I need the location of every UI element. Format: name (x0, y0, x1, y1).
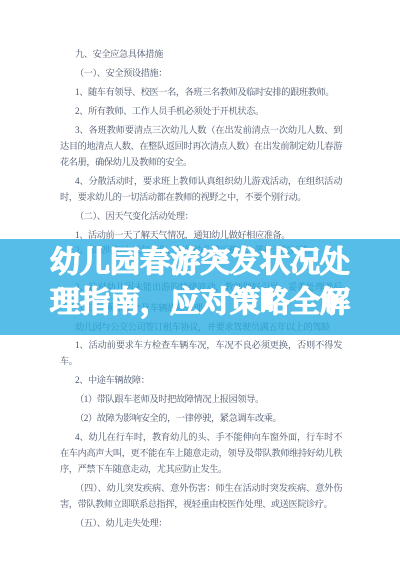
document-body-lower: 1、活动前要求车方检查车辆车况，车况不良必须更换，否则不得发车。 2、中途车辆故… (0, 337, 400, 534)
doc-paragraph: 4、分散活动时，要求班上教师认真组织幼儿游戏活动，在组织活动时，要求幼儿的一切活… (60, 173, 342, 205)
document-body-upper: 九、安全应急具体措施 （一）、安全预设措施： 1、随车有领导、校医一名，各班三名… (0, 46, 400, 246)
doc-heading: 九、安全应急具体措施 (60, 46, 342, 62)
doc-paragraph: （1）带队跟车老师及时把故障情况上报园领导。 (60, 391, 342, 407)
banner-title-line2: 理指南，应对策略全解 (0, 285, 400, 321)
doc-subheading: （二）、因天气变化活动处理： (60, 208, 342, 224)
doc-paragraph: 1、随车有领导、校医一名，各班三名教师及临时安排的跟班教师。 (60, 84, 342, 100)
doc-paragraph: 2、所有教师、工作人员手机必须处于开机状态。 (60, 103, 342, 119)
doc-paragraph: （2）故障为影响安全的，一律停驶，紧急调车改乘。 (60, 410, 342, 426)
doc-paragraph: （四）、幼儿突发疾病、意外伤害：师生在活动时突发疾病、意外伤害，带队教师立即联系… (60, 480, 342, 512)
doc-subheading: （五）、幼儿走失处理： (60, 515, 342, 531)
doc-subheading: （一）、安全预设措施： (60, 65, 342, 81)
doc-paragraph-behind-banner: 幼儿园与公交公司签订租车协议，并要求驾驶员满五年以上的驾龄 (60, 320, 342, 334)
banner-overlay: 2、如短时间内天气变化，组织幼儿就近避雨，等待天气好转。 3、针对幼儿因未能出游… (0, 239, 400, 335)
banner-title-line1: 幼儿园春游突发状况处 (0, 245, 400, 281)
document-page: { "banner": { "title_line1": "幼儿园春游突发状况处… (0, 0, 400, 566)
doc-paragraph: 4、幼儿在行车时，教育幼儿的头、手不能伸向车窗外面，行车时不在车内高声大叫，更不… (60, 429, 342, 477)
doc-paragraph: 1、活动前要求车方检查车辆车况，车况不良必须更换，否则不得发车。 (60, 337, 342, 369)
doc-paragraph: 2、中途车辆故障： (60, 372, 342, 388)
doc-paragraph: 3、各班教师要清点三次幼儿人数（在出发前清点一次幼儿人数、到达目的地清点人数、在… (60, 122, 342, 170)
